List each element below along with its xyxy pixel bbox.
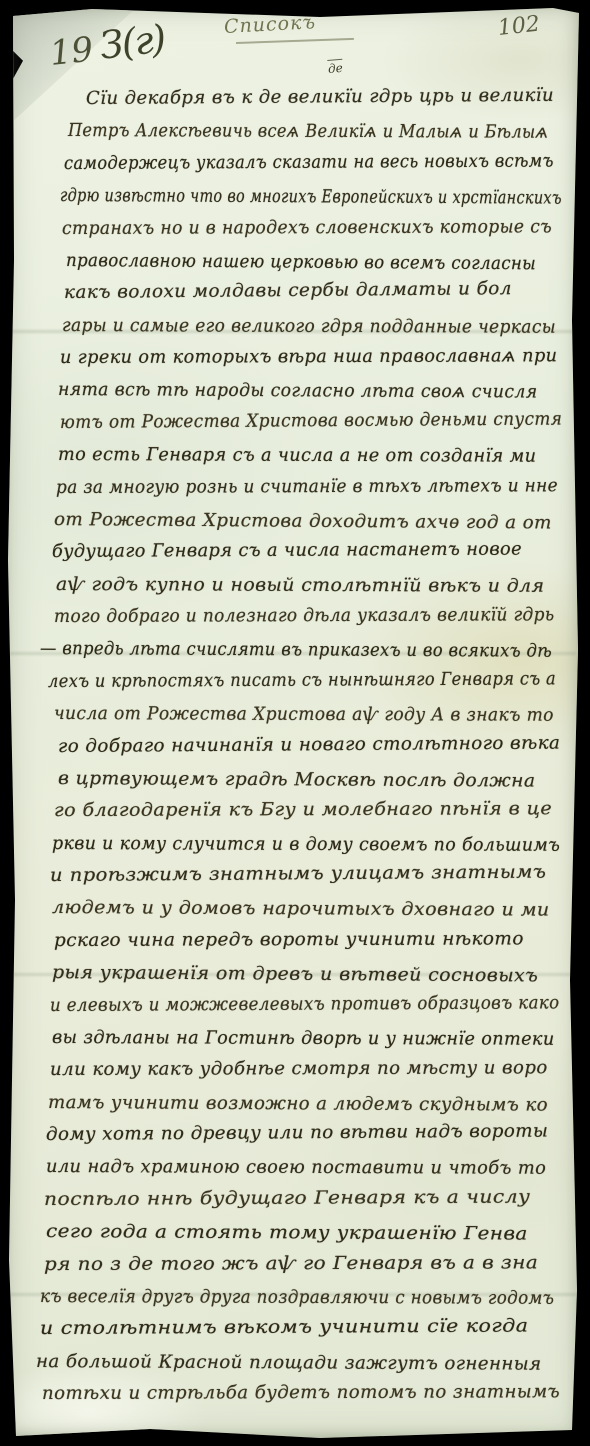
manuscript-page: Списокъ 102 19 З(г) де Сїи декабря въ к … xyxy=(0,0,590,1446)
paper-edge-shading xyxy=(4,4,586,1442)
manuscript-scan: Списокъ 102 19 З(г) де Сїи декабря въ к … xyxy=(0,0,590,1446)
